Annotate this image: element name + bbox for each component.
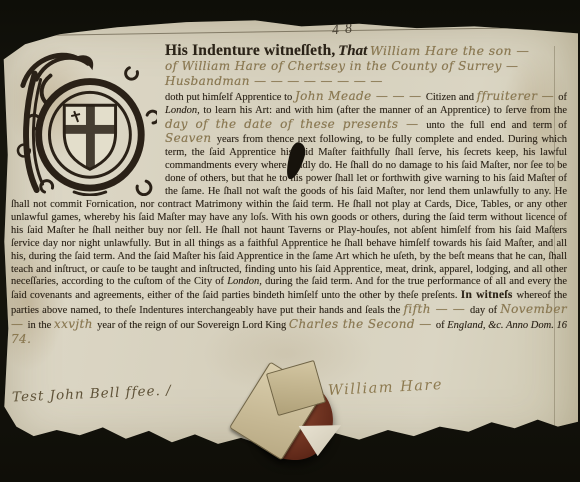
heading-that: That bbox=[338, 43, 367, 59]
blackletter-in-witness: In witneſs bbox=[461, 289, 517, 301]
hand-trade: ffruiterer — bbox=[477, 89, 559, 103]
fold-crease bbox=[8, 27, 570, 37]
woodcut-initial-icon bbox=[11, 46, 157, 196]
printed-italic-london: London, bbox=[165, 105, 203, 116]
hand-regnal-year: xxvjth bbox=[54, 317, 97, 331]
hand-father-line: of William Hare of Chertsey in the Count… bbox=[165, 59, 518, 73]
hand-date-phrase: day of the date of these presents — bbox=[165, 117, 426, 131]
printed-segment: year of the reign of our Sovereign Lord … bbox=[97, 320, 289, 331]
printed-segment: unto the full end and term of bbox=[426, 120, 567, 131]
witness-signature: Test John Bell ffee. / bbox=[12, 383, 172, 406]
hand-occupation: Husbandman — — — — — — — — bbox=[165, 74, 383, 88]
printed-segment: doth put himſelf Apprentice to bbox=[165, 92, 295, 103]
printed-segment: to learn his Art: and with him (after th… bbox=[203, 105, 567, 116]
photograph-background: 48 bbox=[0, 0, 580, 482]
printed-segment: Citizen and bbox=[426, 92, 477, 103]
hand-year: 74. bbox=[11, 332, 31, 346]
printed-segment: in the bbox=[28, 320, 54, 331]
printed-segment: of bbox=[558, 92, 567, 103]
printed-segment: day of bbox=[470, 305, 500, 316]
city-of-london-shield-icon bbox=[64, 105, 115, 170]
printed-italic-anno-dom: England, &c. Anno Dom. 16 bbox=[447, 320, 567, 331]
printed-segment: of bbox=[436, 320, 447, 331]
hand-apprentice-name: William Hare the son — bbox=[370, 43, 529, 58]
hand-term-years: Seaven bbox=[165, 131, 217, 145]
heading-printed: His Indenture witneſſeth, bbox=[165, 42, 336, 59]
wax-seal bbox=[241, 370, 351, 476]
indenture-body: His Indenture witneſſeth, That William H… bbox=[11, 44, 567, 348]
hand-day: fifth — — bbox=[404, 302, 470, 316]
archive-number: 48 bbox=[331, 21, 359, 40]
printed-italic-london: London, bbox=[227, 276, 265, 287]
hand-master-name: John Meade — — — bbox=[295, 89, 426, 103]
hand-king-name: Charles the Second — bbox=[289, 317, 436, 331]
